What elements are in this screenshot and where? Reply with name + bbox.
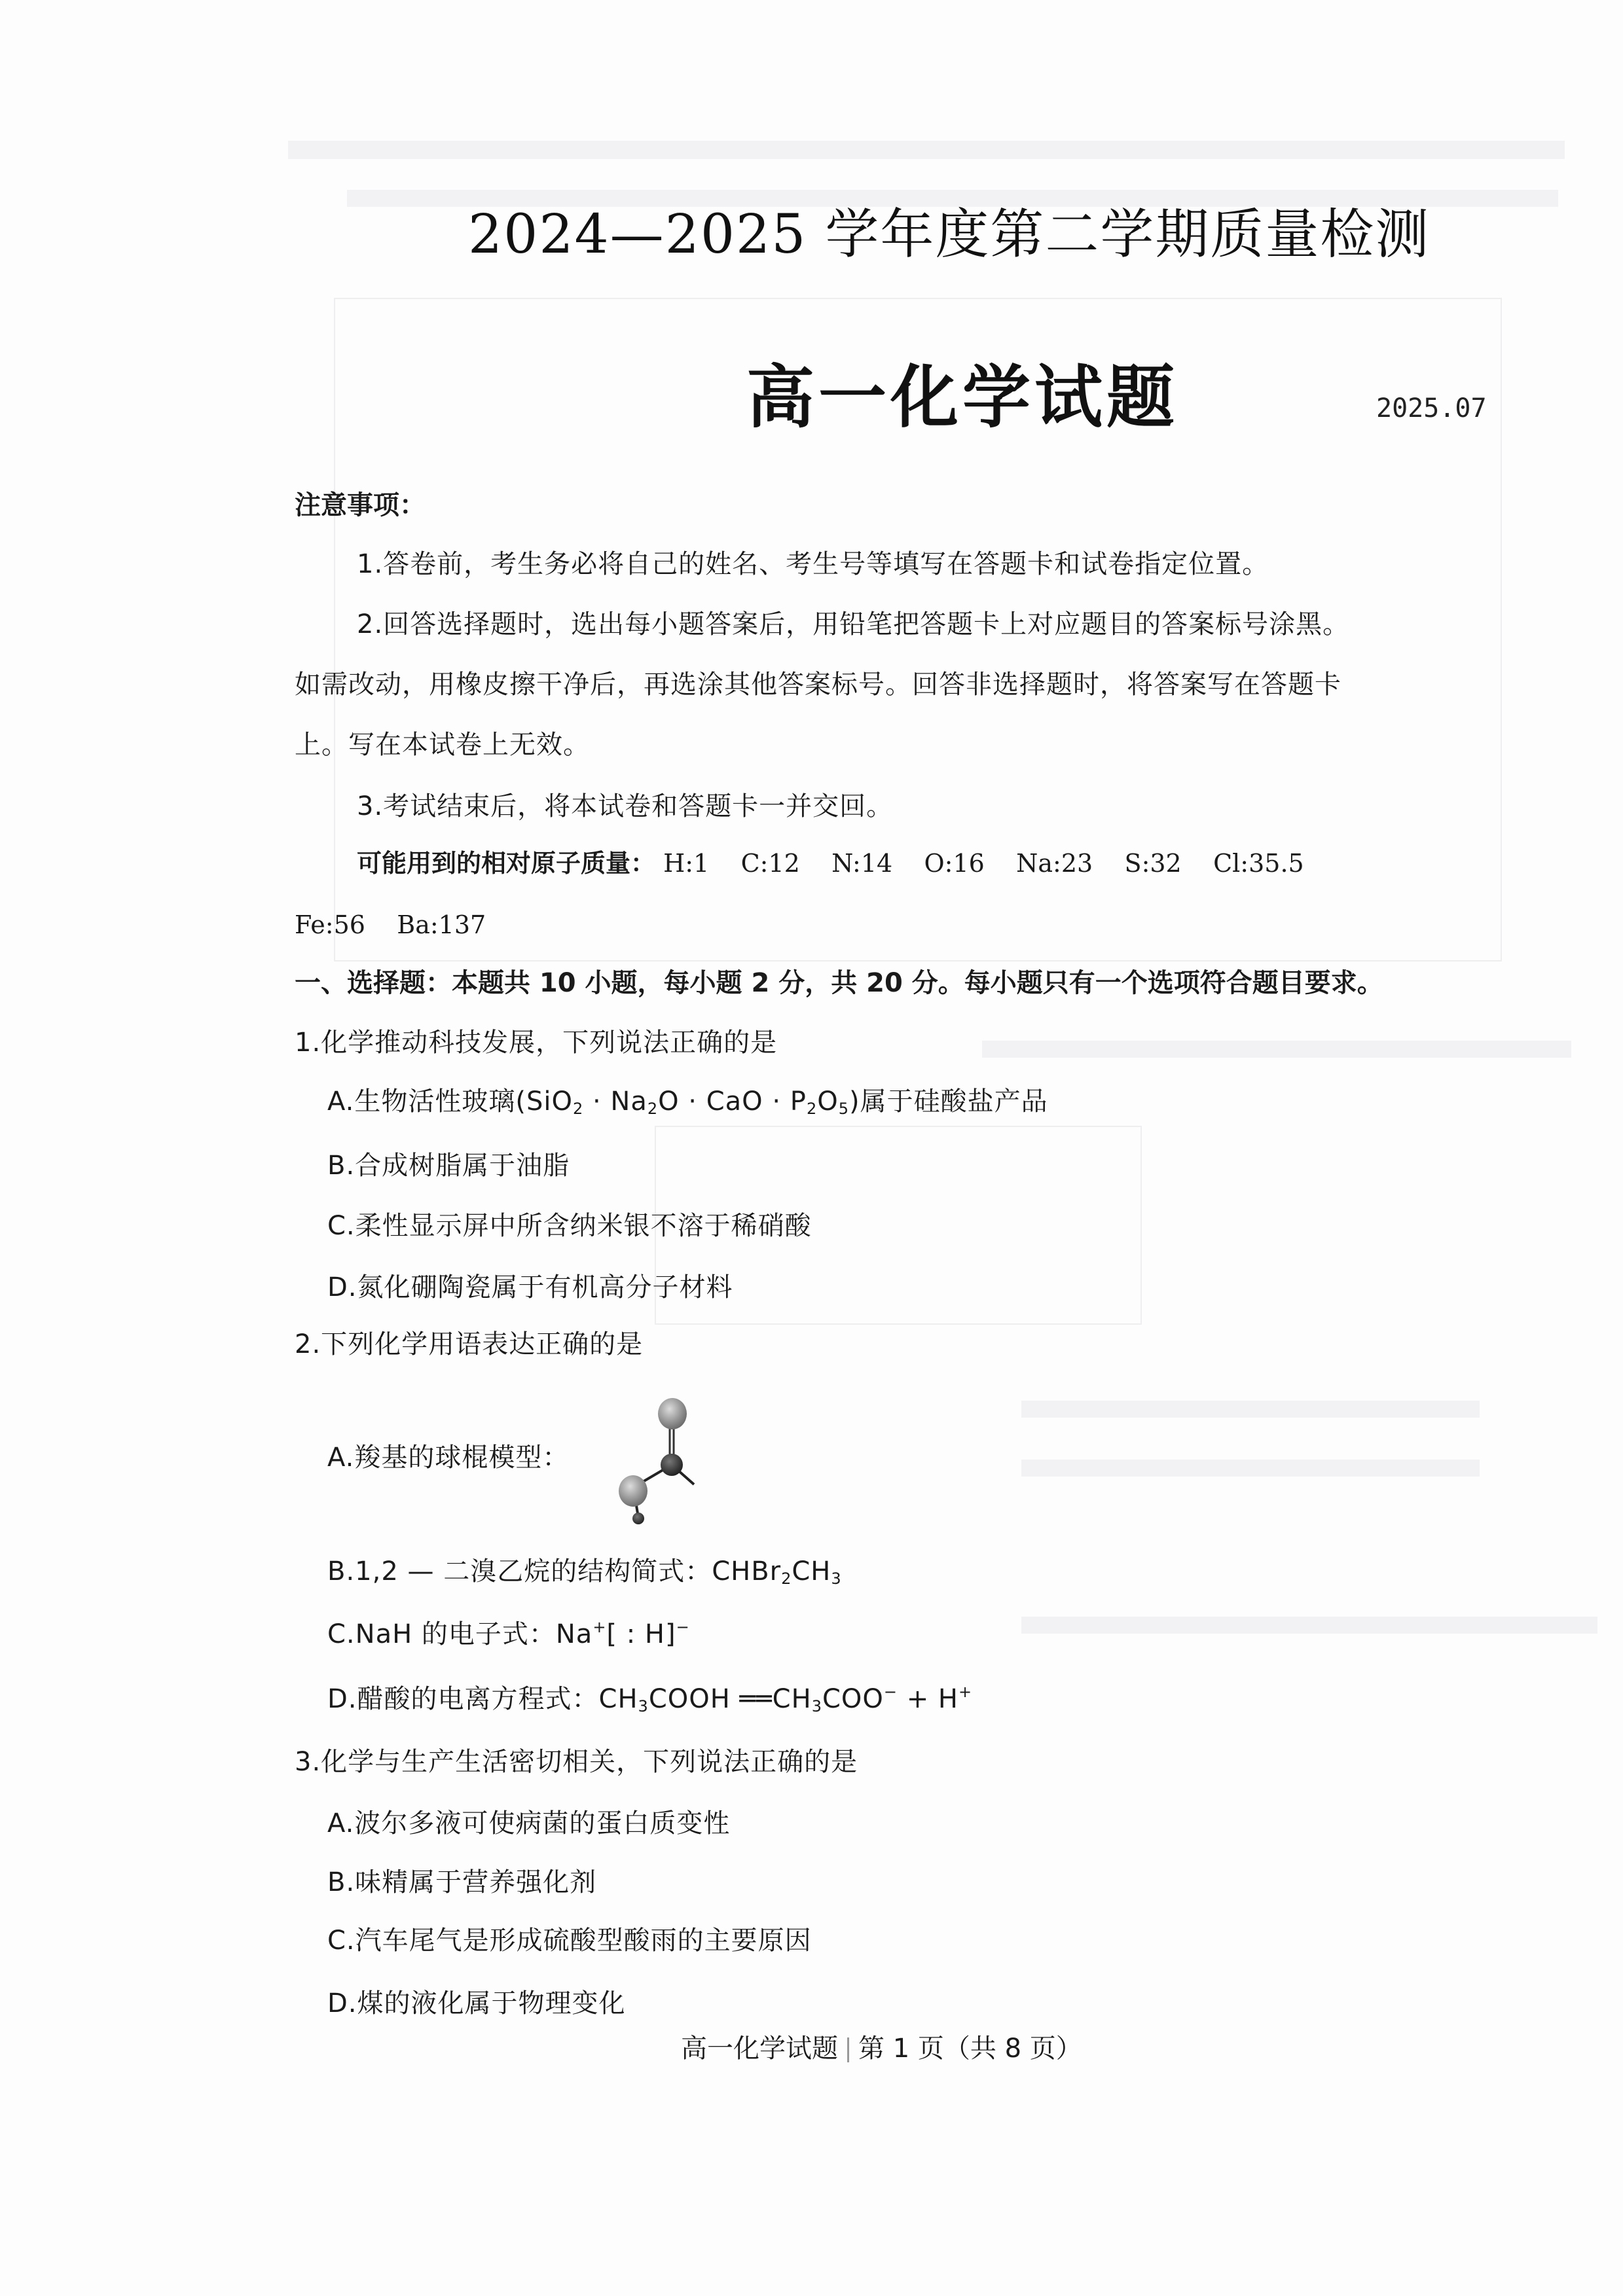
- bleed-through-text-mid-3: [1021, 1460, 1480, 1477]
- question-3-option-b: B.味精属于营养强化剂: [327, 1869, 596, 1895]
- atomic-mass-ba: Ba:137: [397, 910, 486, 939]
- question-1-option-a: A.生物活性玻璃(SiO2 · Na2O · CaO · P2O5)属于硅酸盐产…: [327, 1088, 1048, 1115]
- note-item-2: 2.回答选择题时，选出每小题答案后，用铅笔把答题卡上对应题目的答案标号涂黑。: [357, 611, 1349, 637]
- footer-subject: 高一化学试题: [681, 2034, 838, 2064]
- question-1-option-b: B.合成树脂属于油脂: [327, 1153, 570, 1179]
- page-footer: 高一化学试题第 1 页（共 8 页）: [681, 2036, 1082, 2062]
- atomic-mass-fe: Fe:56: [295, 910, 365, 939]
- atomic-mass-na: Na:23: [1016, 849, 1093, 878]
- question-1-stem: 1.化学推动科技发展，下列说法正确的是: [295, 1030, 777, 1056]
- exam-title: 2024—2025 学年度第二学期质量检测: [468, 208, 1430, 262]
- atomic-mass-h: H:1: [663, 849, 709, 878]
- question-3-option-d: D.煤的液化属于物理变化: [327, 1990, 626, 2017]
- exam-date: 2025.07: [1376, 395, 1487, 422]
- atomic-mass-line: 可能用到的相对原子质量： H:1 C:12 N:14 O:16 Na:23 S:…: [357, 851, 1304, 876]
- section-heading: 一、选择题：本题共 10 小题，每小题 2 分，共 20 分。每小题只有一个选项…: [295, 970, 1383, 996]
- footer-divider: [847, 2037, 849, 2062]
- bleed-through-text-mid: [982, 1041, 1571, 1058]
- footer-page-number: 第 1 页（共 8 页）: [858, 2034, 1082, 2064]
- bleed-through-text-mid-4: [1021, 1617, 1597, 1634]
- bleed-through-text-mid-2: [1021, 1401, 1480, 1418]
- question-2-stem: 2.下列化学用语表达正确的是: [295, 1331, 643, 1357]
- question-1-option-d: D.氮化硼陶瓷属于有机高分子材料: [327, 1274, 733, 1300]
- note-item-2-continued: 如需改动，用橡皮擦干净后，再选涂其他答案标号。回答非选择题时，将答案写在答题卡: [295, 672, 1341, 698]
- atomic-mass-c: C:12: [741, 849, 800, 878]
- bleed-through-text-top: [288, 141, 1565, 159]
- carboxyl-ball-stick-model-icon: [612, 1393, 704, 1530]
- atomic-mass-cl: Cl:35.5: [1213, 849, 1304, 878]
- note-item-2-continued-2: 上。写在本试卷上无效。: [295, 732, 590, 758]
- notes-heading: 注意事项：: [295, 492, 426, 518]
- atomic-mass-line-2: Fe:56 Ba:137: [295, 912, 486, 937]
- atomic-mass-o: O:16: [924, 849, 985, 878]
- question-2-option-b: B.1,2 — 二溴乙烷的结构简式：CHBr2CH3: [327, 1558, 842, 1585]
- atomic-mass-label: 可能用到的相对原子质量：: [357, 849, 655, 878]
- question-1-option-c: C.柔性显示屏中所含纳米银不溶于稀硝酸: [327, 1213, 812, 1239]
- question-3-option-c: C.汽车尾气是形成硫酸型酸雨的主要原因: [327, 1928, 812, 1954]
- question-2-option-a: A.羧基的球棍模型：: [327, 1444, 569, 1471]
- atomic-mass-n: N:14: [831, 849, 892, 878]
- question-3-stem: 3.化学与生产生活密切相关，下列说法正确的是: [295, 1749, 858, 1775]
- question-2-option-c: C.NaH 的电子式：Na+[ : H]−: [327, 1621, 690, 1647]
- subject-title: 高一化学试题: [746, 363, 1178, 431]
- question-2-option-d: D.醋酸的电离方程式：CH3COOH ══CH3COO− + H+: [327, 1686, 972, 1712]
- note-item-3: 3.考试结束后，将本试卷和答题卡一并交回。: [357, 793, 893, 819]
- question-3-option-a: A.波尔多液可使病菌的蛋白质变性: [327, 1810, 730, 1837]
- atomic-mass-s: S:32: [1125, 849, 1182, 878]
- note-item-1: 1.答卷前，考生务必将自己的姓名、考生号等填写在答题卡和试卷指定位置。: [357, 551, 1269, 577]
